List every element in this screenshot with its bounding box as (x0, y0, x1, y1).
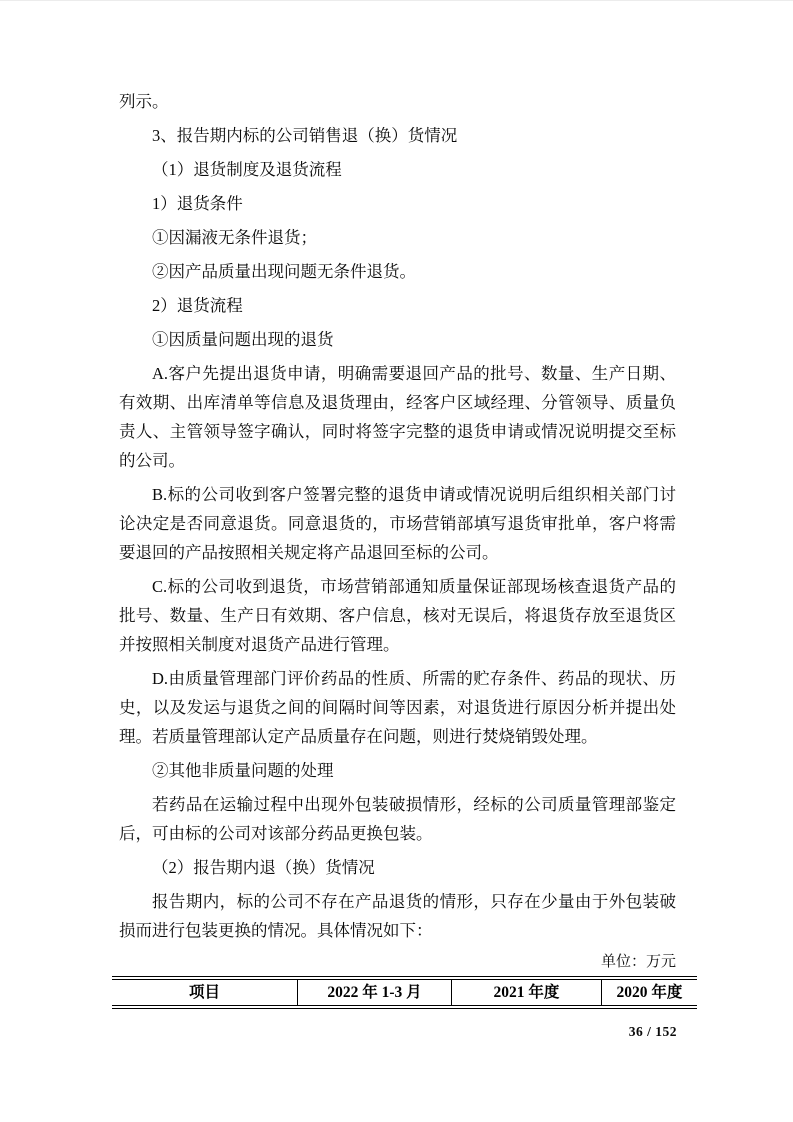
document-page: 列示。3、报告期内标的公司销售退（换）货情况（1）退货制度及退货流程1）退货条件… (0, 0, 793, 1122)
document-content: 列示。3、报告期内标的公司销售退（换）货情况（1）退货制度及退货流程1）退货条件… (119, 87, 676, 1009)
paragraph: C.标的公司收到退货，市场营销部通知质量保证部现场核查退货产品的批号、数量、生产… (119, 572, 676, 659)
paragraph-container: 列示。3、报告期内标的公司销售退（换）货情况（1）退货制度及退货流程1）退货条件… (119, 87, 676, 945)
paragraph: ①因质量问题出现的退货 (119, 325, 676, 354)
paragraph: ①因漏液无条件退货； (119, 223, 676, 252)
table-header-2021: 2021 年度 (452, 978, 602, 1007)
page-number: 36 / 152 (629, 1024, 677, 1040)
paragraph: 2）退货流程 (119, 291, 676, 320)
paragraph: B.标的公司收到客户签署完整的退货申请或情况说明后组织相关部门讨论决定是否同意退… (119, 480, 676, 567)
paragraph: ②因产品质量出现问题无条件退货。 (119, 257, 676, 286)
paragraph: 若药品在运输过程中出现外包装破损情形，经标的公司质量管理部鉴定后，可由标的公司对… (119, 790, 676, 848)
paragraph: D.由质量管理部门评价药品的性质、所需的贮存条件、药品的现状、历史，以及发运与退… (119, 664, 676, 751)
paragraph: 1）退货条件 (119, 189, 676, 218)
paragraph: ②其他非质量问题的处理 (119, 756, 676, 785)
table-header-2020: 2020 年度 (602, 978, 698, 1007)
paragraph: （2）报告期内退（换）货情况 (119, 853, 676, 882)
paragraph: （1）退货制度及退货流程 (119, 155, 676, 184)
table-header-row: 项目 2022 年 1-3 月 2021 年度 2020 年度 (112, 978, 697, 1007)
returns-summary-table: 项目 2022 年 1-3 月 2021 年度 2020 年度 (112, 976, 697, 1009)
table-header-2022-jan-mar: 2022 年 1-3 月 (298, 978, 452, 1007)
table-header-item: 项目 (112, 978, 298, 1007)
unit-label: 单位：万元 (119, 952, 676, 972)
paragraph: 报告期内，标的公司不存在产品退货的情形，只存在少量由于外包装破损而进行包装更换的… (119, 887, 676, 945)
paragraph: A.客户先提出退货申请，明确需要退回产品的批号、数量、生产日期、有效期、出库清单… (119, 359, 676, 475)
paragraph: 列示。 (119, 87, 676, 116)
paragraph: 3、报告期内标的公司销售退（换）货情况 (119, 121, 676, 150)
